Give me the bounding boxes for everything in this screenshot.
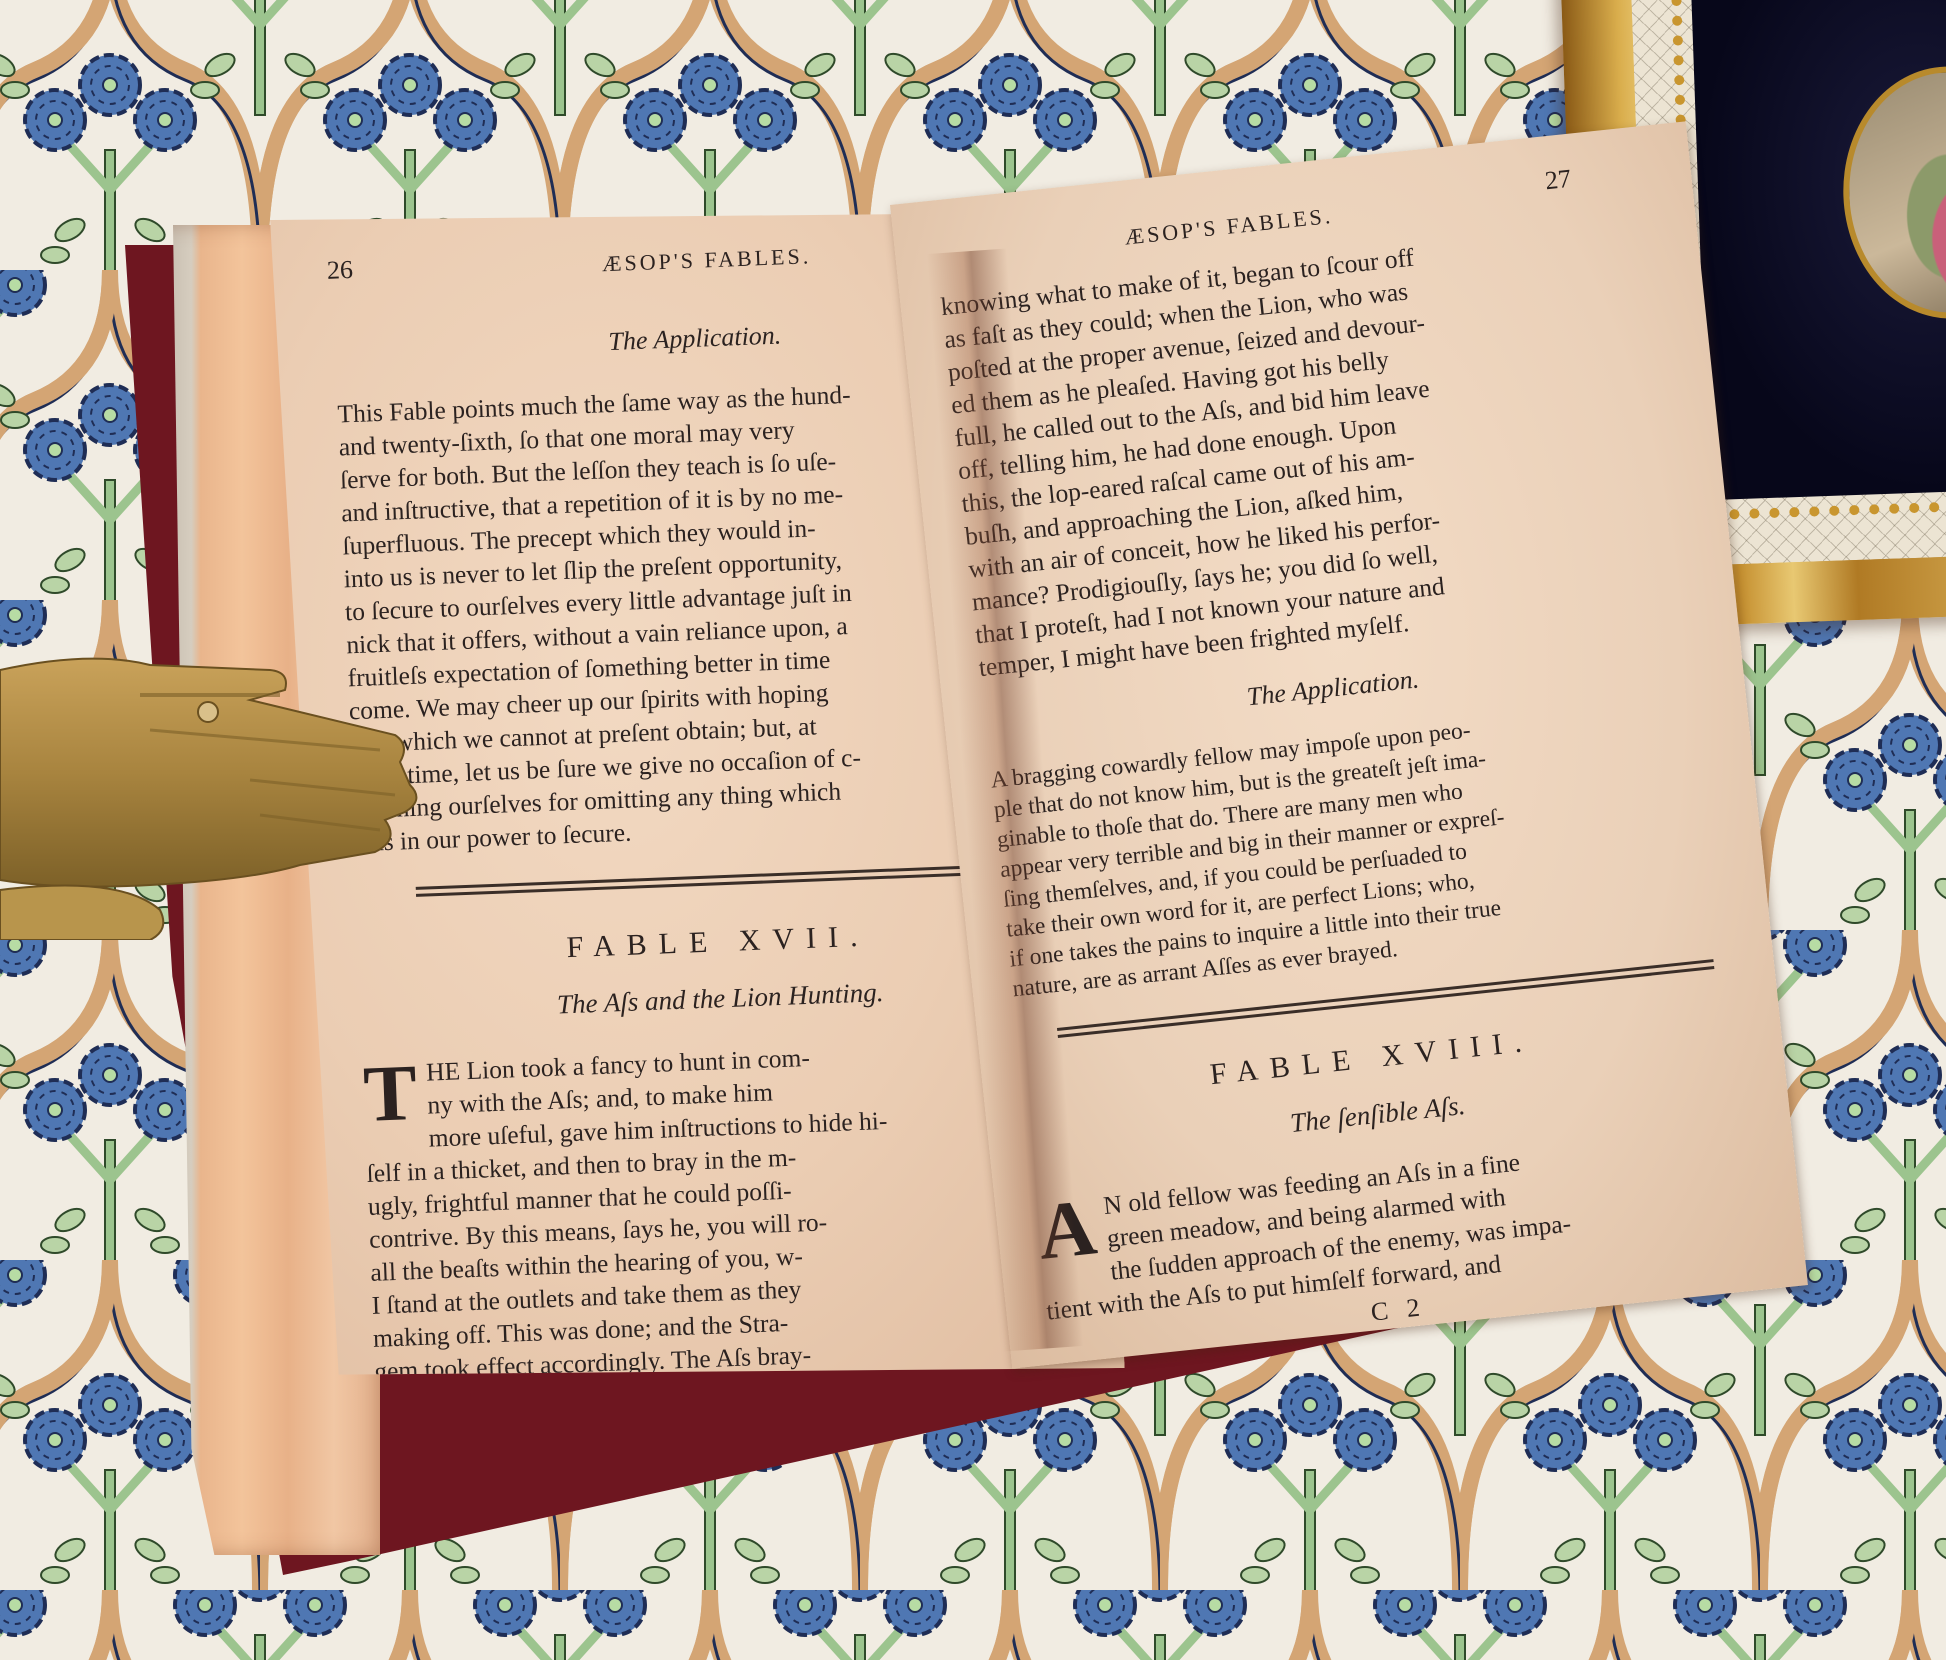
- right-page: 27 ÆSOP'S FABLES. knowing what to make o…: [890, 121, 1808, 1368]
- running-head-right: ÆSOP'S FABLES.: [1123, 203, 1334, 251]
- running-head-left: ÆSOP'S FABLES.: [601, 243, 811, 277]
- drop-cap-a: A: [1035, 1194, 1099, 1266]
- page-number-left: 26: [326, 255, 353, 286]
- brass-hand-bookmark-icon: [0, 640, 440, 940]
- drop-cap-t: T: [362, 1060, 418, 1128]
- fable-continuation-text: knowing what to make of it, began to ſco…: [939, 217, 1677, 684]
- application-text-right: A bragging cowardly fellow may impoſe up…: [989, 693, 1710, 1005]
- page-number-right: 27: [1544, 164, 1573, 197]
